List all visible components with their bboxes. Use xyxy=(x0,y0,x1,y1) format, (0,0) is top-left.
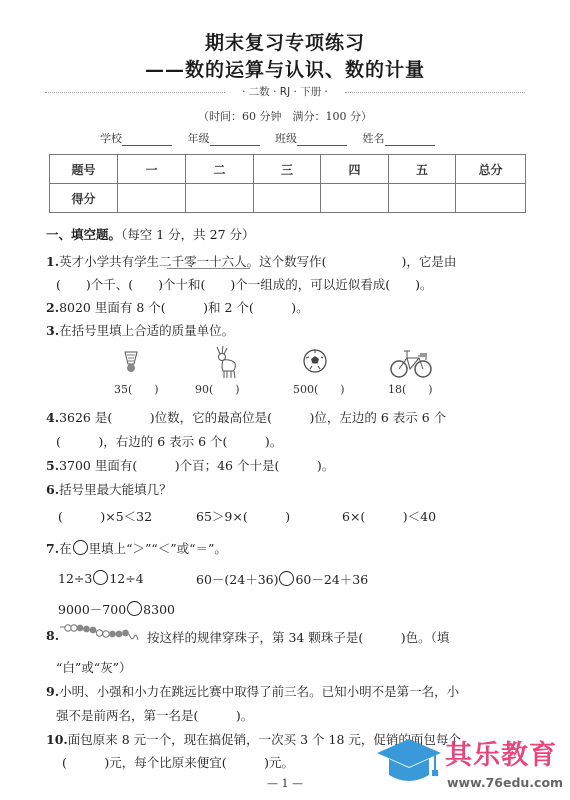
name-field[interactable]: 姓名 xyxy=(363,130,435,146)
question-1-line2: ( )个千、( )个十和( )个一组成的，可以近似看成( )。 xyxy=(56,275,433,293)
bead-string-icon xyxy=(60,622,144,644)
underline-number-words xyxy=(167,268,250,269)
score-table-header-row: 题号 一 二 三 四 五 总分 xyxy=(50,155,526,184)
question-8-line1: 按这样的规律穿珠子，第 34 颗珠子是( )色。（填 xyxy=(147,628,449,646)
score-cell[interactable] xyxy=(254,184,321,213)
header-cell: 三 xyxy=(254,155,321,184)
shuttlecock-icon xyxy=(122,350,140,374)
score-label-cell: 得分 xyxy=(50,184,118,213)
question-6: 6.括号里最大能填几？ xyxy=(46,480,172,498)
name-blank[interactable] xyxy=(385,133,435,146)
question-8-line2: “白”或“灰”） xyxy=(56,658,132,676)
header-cell: 一 xyxy=(118,155,186,184)
unit-blank-shuttlecock[interactable]: 35( ) xyxy=(114,381,159,397)
question-1-line1: 1.英才小学共有学生二千零一十六人。这个数写作( )，它是由 xyxy=(46,252,456,270)
question-9-line1: 9.小明、小强和小力在跳远比赛中取得了前三名。已知小明不是第一名，小 xyxy=(46,682,459,700)
time-info: （时间：60 分钟 满分：100 分） xyxy=(0,108,570,124)
graduation-cap-icon xyxy=(375,735,443,795)
unit-blank-soccer-ball[interactable]: 500( ) xyxy=(293,381,345,397)
section-heading: 一、填空题。（每空 1 分，共 27 分） xyxy=(46,225,255,243)
class-field[interactable]: 班级 xyxy=(275,130,347,146)
school-blank[interactable] xyxy=(122,133,172,146)
unit-blank-bicycle[interactable]: 18( ) xyxy=(388,381,433,397)
score-table-score-row: 得分 xyxy=(50,184,526,213)
circle-icon xyxy=(73,540,88,555)
header-cell: 总分 xyxy=(456,155,526,184)
question-9-line2: 强不是前两名，第一名是( )。 xyxy=(56,706,253,724)
score-cell[interactable] xyxy=(456,184,526,213)
q6-expression-1: ( )×5＜32 xyxy=(58,507,152,525)
watermark-url[interactable]: www.76edu.com xyxy=(447,775,563,790)
q7-comparison-2: 60－(24＋36)60－24＋36 xyxy=(196,570,368,588)
score-table: 题号 一 二 三 四 五 总分 得分 xyxy=(49,154,526,213)
grade-field[interactable]: 年级 xyxy=(188,130,260,146)
student-info-row: 学校 年级 班级 姓名 xyxy=(100,130,447,146)
question-4-line2: ( )，右边的 6 表示 6 个( )。 xyxy=(56,432,282,450)
header-cell: 题号 xyxy=(50,155,118,184)
score-cell[interactable] xyxy=(321,184,389,213)
compare-circle-2[interactable] xyxy=(279,571,294,586)
header-cell: 四 xyxy=(321,155,389,184)
question-3: 3.在括号里填上合适的质量单位。 xyxy=(46,321,234,339)
grade-blank[interactable] xyxy=(210,133,260,146)
compare-circle-1[interactable] xyxy=(93,570,108,585)
soccer-ball-icon xyxy=(302,348,328,374)
question-4-line1: 4.3626 是( )位数，它的最高位是( )位，左边的 6 表示 6 个 xyxy=(46,408,446,426)
header-cell: 二 xyxy=(186,155,254,184)
question-2: 2.8020 里面有 8 个( )和 2 个( )。 xyxy=(46,298,309,316)
score-cell[interactable] xyxy=(389,184,456,213)
title-line1: 期末复习专项练习 xyxy=(0,28,570,55)
q7-comparison-3: 9000－7008300 xyxy=(58,600,175,618)
q6-expression-2: 65＞9×( ) xyxy=(196,507,290,525)
school-field[interactable]: 学校 xyxy=(100,130,172,146)
watermark-logo: 其乐教育 www.76edu.com xyxy=(375,733,570,800)
q6-expression-3: 6×( )＜40 xyxy=(342,507,436,525)
question-7: 7.在里填上“＞”“＜”或“＝”。 xyxy=(46,539,227,557)
goat-icon xyxy=(213,345,239,381)
question-5: 5.3700 里面有( )个百；46 个十是( )。 xyxy=(46,456,334,474)
subtitle: · 二数 · RJ · 下册 · xyxy=(0,84,570,99)
compare-circle-3[interactable] xyxy=(127,601,142,616)
q7-comparison-1: 12÷312÷4 xyxy=(58,570,144,586)
bicycle-icon xyxy=(390,345,432,379)
question-10-line2: ( )元，每个比原来便宜( )元。 xyxy=(62,753,294,771)
header-cell: 五 xyxy=(389,155,456,184)
title-line2: ——数的运算与认识、数的计量 xyxy=(0,55,570,82)
score-cell[interactable] xyxy=(186,184,254,213)
question-8-number: 8. xyxy=(46,628,59,643)
unit-blank-goat[interactable]: 90( ) xyxy=(195,381,240,397)
watermark-brand: 其乐教育 xyxy=(445,733,557,772)
score-cell[interactable] xyxy=(118,184,186,213)
class-blank[interactable] xyxy=(297,133,347,146)
